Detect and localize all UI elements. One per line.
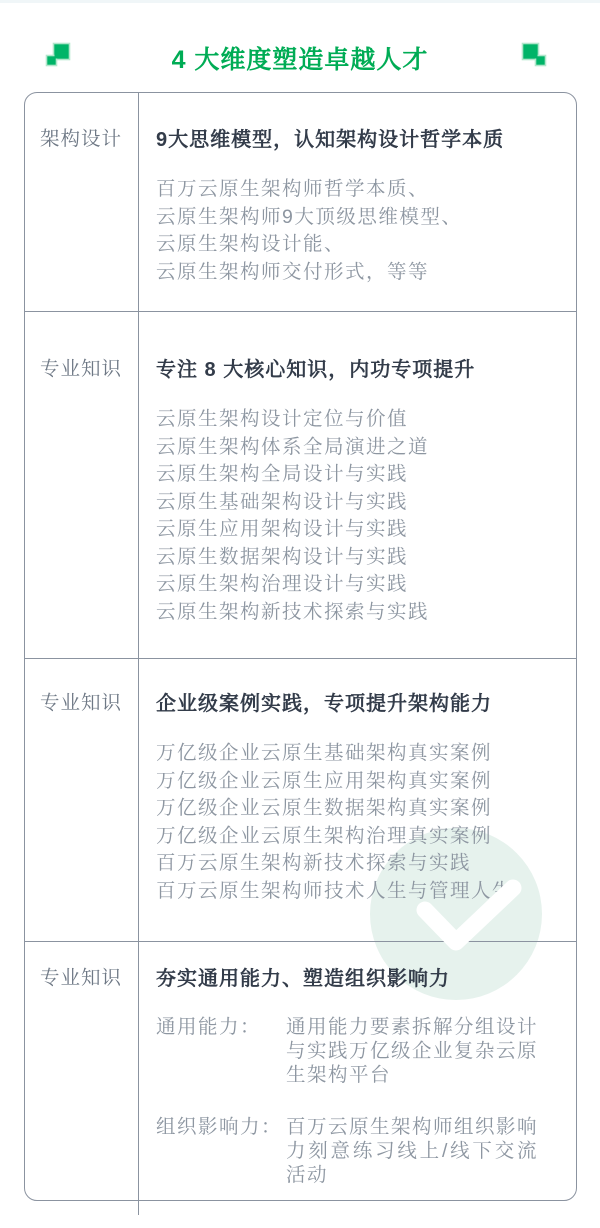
subitem-label: 通用能力： [156, 1015, 286, 1087]
row-title: 专注 8 大核心知识，内功专项提升 [156, 353, 564, 382]
row-label: 专业知识 [25, 942, 139, 1215]
subitem-text: 百万云原生架构师组织影响力刻意练习线上/线下交流活动 [286, 1115, 538, 1187]
row-line: 云原生架构师9大顶级思维模型、 [156, 204, 564, 232]
table-row: 专业知识 夯实通用能力、塑造组织影响力 通用能力： 通用能力要素拆解分组设计与实… [25, 942, 576, 1197]
row-line: 百万云原生架构新技术探索与实践 [156, 850, 564, 878]
subitem-label: 组织影响力： [156, 1115, 286, 1187]
row-line: 云原生架构新技术探索与实践 [156, 599, 564, 627]
row-line: 云原生架构治理设计与实践 [156, 571, 564, 599]
dimensions-table: 架构设计 9大思维模型，认知架构设计哲学本质 百万云原生架构师哲学本质、 云原生… [24, 92, 577, 1201]
row-line: 云原生架构全局设计与实践 [156, 461, 564, 489]
row-content: 夯实通用能力、塑造组织影响力 通用能力： 通用能力要素拆解分组设计与实践万亿级企… [139, 942, 576, 1215]
subitem-org-influence: 组织影响力： 百万云原生架构师组织影响力刻意练习线上/线下交流活动 [156, 1115, 564, 1187]
row-line: 百万云原生架构师技术人生与管理人生 [156, 878, 564, 906]
row-content: 9大思维模型，认知架构设计哲学本质 百万云原生架构师哲学本质、 云原生架构师9大… [139, 93, 576, 311]
pixel-squares-icon-right [520, 41, 548, 69]
row-line: 云原生架构体系全局演进之道 [156, 434, 564, 462]
table-row: 专业知识 企业级案例实践，专项提升架构能力 万亿级企业云原生基础架构真实案例 万… [25, 659, 576, 942]
table-row: 架构设计 9大思维模型，认知架构设计哲学本质 百万云原生架构师哲学本质、 云原生… [25, 93, 576, 312]
row-line: 云原生应用架构设计与实践 [156, 516, 564, 544]
row-line: 万亿级企业云原生应用架构真实案例 [156, 768, 564, 796]
row-line: 云原生基础架构设计与实践 [156, 489, 564, 517]
row-content: 企业级案例实践，专项提升架构能力 万亿级企业云原生基础架构真实案例 万亿级企业云… [139, 659, 576, 941]
row-label: 架构设计 [25, 93, 139, 311]
row-line: 云原生架构设计能、 [156, 231, 564, 259]
subitem-general-ability: 通用能力： 通用能力要素拆解分组设计与实践万亿级企业复杂云原生架构平台 [156, 1015, 564, 1087]
row-title: 9大思维模型，认知架构设计哲学本质 [156, 123, 564, 152]
row-label: 专业知识 [25, 659, 139, 941]
row-title: 企业级案例实践，专项提升架构能力 [156, 687, 564, 716]
row-line: 云原生架构设计定位与价值 [156, 406, 564, 434]
table-row: 专业知识 专注 8 大核心知识，内功专项提升 云原生架构设计定位与价值 云原生架… [25, 312, 576, 659]
subitem-text: 通用能力要素拆解分组设计与实践万亿级企业复杂云原生架构平台 [286, 1015, 538, 1087]
row-line: 万亿级企业云原生架构治理真实案例 [156, 823, 564, 851]
page-title: 4 大维度塑造卓越人才 [0, 40, 600, 76]
row-line: 万亿级企业云原生基础架构真实案例 [156, 740, 564, 768]
row-content: 专注 8 大核心知识，内功专项提升 云原生架构设计定位与价值 云原生架构体系全局… [139, 312, 576, 658]
row-line: 云原生数据架构设计与实践 [156, 544, 564, 572]
row-label: 专业知识 [25, 312, 139, 658]
row-line: 百万云原生架构师哲学本质、 [156, 176, 564, 204]
row-title: 夯实通用能力、塑造组织影响力 [156, 962, 564, 991]
row-line: 云原生架构师交付形式，等等 [156, 259, 564, 287]
header: 4 大维度塑造卓越人才 [0, 0, 600, 92]
row-line: 万亿级企业云原生数据架构真实案例 [156, 795, 564, 823]
